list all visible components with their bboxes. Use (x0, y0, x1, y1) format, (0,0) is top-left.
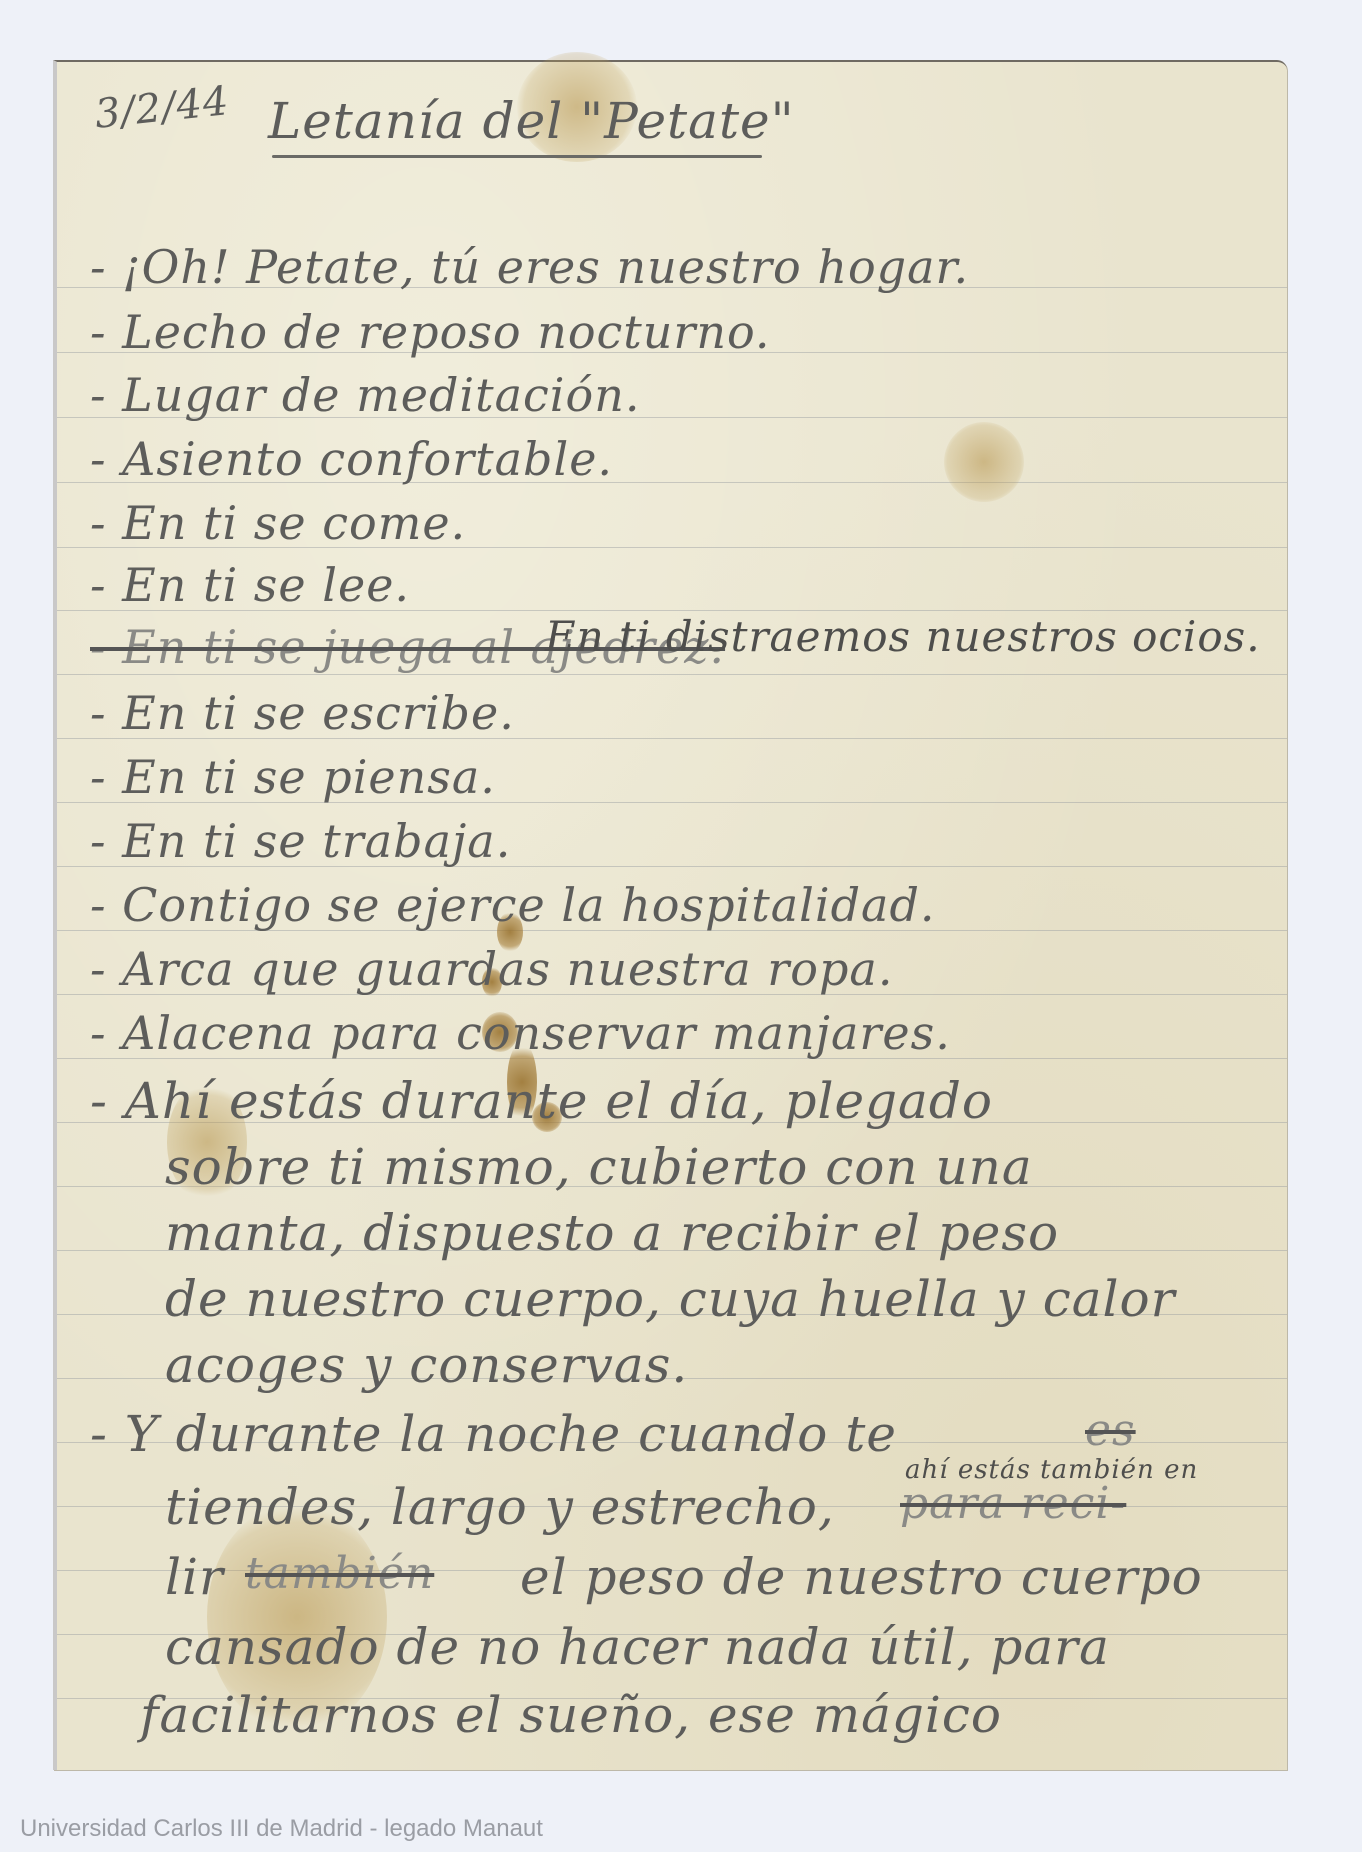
text-line: - Alacena para conservar manjares. (90, 1006, 951, 1060)
struck-word: para reci- (900, 1478, 1126, 1529)
text-line: - Ahí estás durante el día, plegado (90, 1072, 993, 1130)
inserted-text: En ti distraemos nuestros ocios. (545, 612, 1261, 661)
text-line: - Lecho de reposo nocturno. (90, 305, 771, 359)
text-line: el peso de nuestro cuerpo (520, 1548, 1203, 1606)
text-line: manta, dispuesto a recibir el peso (165, 1204, 1059, 1262)
text-line: sobre ti mismo, cubierto con una (165, 1138, 1033, 1196)
text-line: lir (165, 1548, 224, 1606)
text-line: - Y durante la noche cuando te (90, 1405, 897, 1463)
text-line: - En ti se trabaja. (90, 814, 511, 868)
text-line: acoges y conservas. (165, 1336, 688, 1394)
document-title: Letanía del "Petate" (268, 92, 795, 150)
ruled-line (57, 674, 1287, 675)
struck-word: es (1085, 1405, 1136, 1456)
text-line: - Asiento confortable. (90, 432, 613, 486)
text-line: - Contigo se ejerce la hospitalidad. (90, 878, 936, 932)
text-line: tiendes, largo y estrecho, (165, 1478, 835, 1536)
text-line: de nuestro cuerpo, cuya huella y calor (165, 1270, 1176, 1328)
text-line: - Lugar de meditación. (90, 368, 640, 422)
archive-watermark: Universidad Carlos III de Madrid - legad… (20, 1815, 543, 1843)
struck-word: también (245, 1548, 434, 1599)
text-line: cansado de no hacer nada útil, para (165, 1618, 1110, 1676)
text-line: facilitarnos el sueño, ese mágico (140, 1686, 1002, 1744)
text-line: - ¡Oh! Petate, tú eres nuestro hogar. (90, 240, 969, 294)
text-line: - Arca que guardas nuestra ropa. (90, 942, 893, 996)
text-line: - En ti se piensa. (90, 750, 496, 804)
text-line: - En ti se escribe. (90, 686, 515, 740)
stain (944, 422, 1024, 502)
title-underline (272, 155, 762, 158)
text-line: - En ti se come. (90, 496, 466, 550)
text-line: - En ti se lee. (90, 558, 410, 612)
